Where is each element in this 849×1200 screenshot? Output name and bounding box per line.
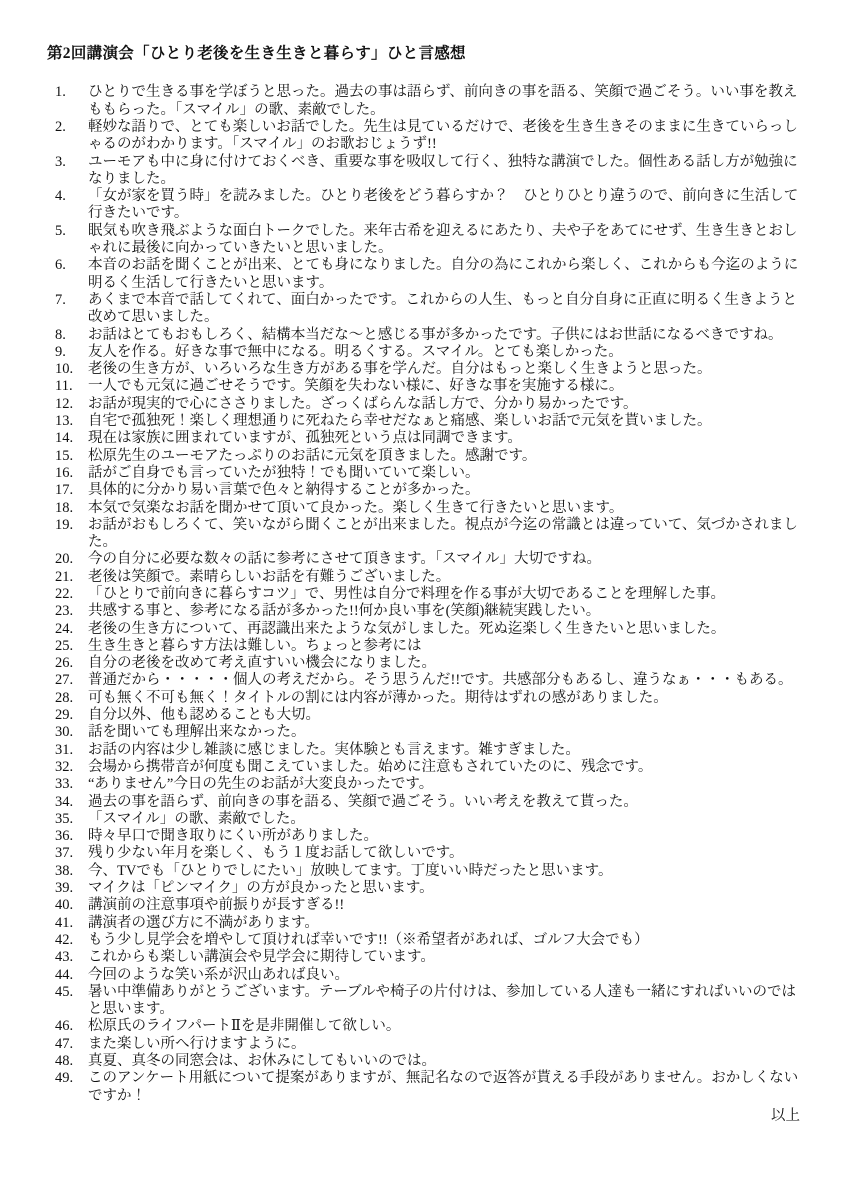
comment-number: 47. [55, 1036, 88, 1053]
comment-item: 30.話を聞いても理解出来なかった。 [47, 724, 810, 741]
comment-item: 39.マイクは「ピンマイク」の方が良かったと思います。 [47, 880, 810, 897]
comment-item: 17.具体的に分かり易い言葉で色々と納得することが多かった。 [47, 482, 810, 499]
comment-text: あくまで本音で話してくれて、面白かったです。これからの人生、もっと自分自身に正直… [88, 292, 810, 327]
comment-text: 過去の事を語らず、前向きの事を語る、笑顔で過ごそう。いい考えを教えて貰った。 [88, 794, 810, 811]
comment-number: 40. [55, 897, 88, 914]
comment-text: このアンケート用紙について提案がありますが、無記名なので返答が貰える手段がありま… [88, 1070, 810, 1105]
comment-text: 老後の生き方が、いろいろな生き方がある事を学んだ。自分はもっと楽しく生きようと思… [88, 361, 810, 378]
comment-number: 7. [55, 292, 88, 309]
comment-item: 1.ひとりで生きる事を学ぼうと思った。過去の事は語らず、前向きの事を語る、笑顔で… [47, 84, 810, 119]
comment-number: 41. [55, 915, 88, 932]
comment-item: 35.「スマイル」の歌、素敵でした。 [47, 811, 810, 828]
comment-item: 8.お話はとてもおもしろく、結構本当だな～と感じる事が多かったです。子供にはお世… [47, 327, 810, 344]
comment-item: 4.「女が家を買う時」を読みました。ひとり老後をどう暮らすか？ ひとりひとり違う… [47, 188, 810, 223]
comment-number: 27. [55, 672, 88, 689]
document-page: 第2回講演会「ひとり老後を生き生きと暮らす」ひと言感想 1.ひとりで生きる事を学… [0, 0, 849, 1200]
comment-item: 47.また楽しい所へ行けますように。 [47, 1036, 810, 1053]
comment-text: ひとりで生きる事を学ぼうと思った。過去の事は語らず、前向きの事を語る、笑顔で過ご… [88, 84, 810, 119]
comment-text: 友人を作る。好きな事で無中になる。明るくする。スマイル。とても楽しかった。 [88, 344, 810, 361]
comment-text: 今の自分に必要な数々の話に参考にさせて頂きます。「スマイル」大切ですね。 [88, 551, 810, 568]
comment-number: 28. [55, 690, 88, 707]
comment-number: 1. [55, 84, 88, 101]
comment-text: ユーモアも中に身に付けておくべき、重要な事を吸収して行く、独特な講演でした。個性… [88, 154, 810, 189]
comment-text: 時々早口で聞き取りにくい所がありました。 [88, 828, 810, 845]
comment-item: 41.講演者の選び方に不満があります。 [47, 915, 810, 932]
comment-number: 32. [55, 759, 88, 776]
comment-text: もう少し見学会を増やして頂ければ幸いです!!（※希望者があれば、ゴルフ大会でも） [88, 932, 810, 949]
comment-number: 8. [55, 327, 88, 344]
comment-number: 39. [55, 880, 88, 897]
comment-number: 9. [55, 344, 88, 361]
comment-number: 18. [55, 500, 88, 517]
comments-list: 1.ひとりで生きる事を学ぼうと思った。過去の事は語らず、前向きの事を語る、笑顔で… [47, 84, 810, 1105]
comment-number: 13. [55, 413, 88, 430]
comment-number: 38. [55, 863, 88, 880]
comment-item: 49.このアンケート用紙について提案がありますが、無記名なので返答が貰える手段が… [47, 1070, 810, 1105]
comment-item: 18.本気で気楽なお話を聞かせて頂いて良かった。楽しく生きて行きたいと思います。 [47, 500, 810, 517]
comment-text: 普通だから・・・・・個人の考えだから。そう思うんだ!!です。共感部分もあるし、違… [88, 672, 810, 689]
comment-item: 26.自分の老後を改めて考え直すいい機会になりました。 [47, 655, 810, 672]
comment-item: 40.講演前の注意事項や前振りが長すぎる!! [47, 897, 810, 914]
comment-number: 31. [55, 742, 88, 759]
comment-item: 27.普通だから・・・・・個人の考えだから。そう思うんだ!!です。共感部分もある… [47, 672, 810, 689]
comment-text: 自宅で孤独死！楽しく理想通りに死ねたら幸せだなぁと痛感、楽しいお話で元気を貰いま… [88, 413, 810, 430]
comment-text: 松原先生のユーモアたっぷりのお話に元気を頂きました。感謝です。 [88, 448, 810, 465]
comment-text: 一人でも元気に過ごせそうです。笑顔を失わない様に、好きな事を実施する様に。 [88, 378, 810, 395]
comment-item: 11.一人でも元気に過ごせそうです。笑顔を失わない様に、好きな事を実施する様に。 [47, 378, 810, 395]
comment-item: 29.自分以外、他も認めることも大切。 [47, 707, 810, 724]
comment-text: お話の内容は少し雑談に感じました。実体験とも言えます。雑すぎました。 [88, 742, 810, 759]
comment-number: 26. [55, 655, 88, 672]
comment-text: 「女が家を買う時」を読みました。ひとり老後をどう暮らすか？ ひとりひとり違うので… [88, 188, 810, 223]
comment-item: 46.松原氏のライフパートⅡを是非開催して欲しい。 [47, 1018, 810, 1035]
comment-number: 12. [55, 396, 88, 413]
comment-item: 23.共感する事と、参考になる話が多かった!!何か良い事を(笑顔)継続実践したい… [47, 603, 810, 620]
comment-text: 自分の老後を改めて考え直すいい機会になりました。 [88, 655, 810, 672]
comment-text: お話はとてもおもしろく、結構本当だな～と感じる事が多かったです。子供にはお世話に… [88, 327, 810, 344]
comment-item: 7.あくまで本音で話してくれて、面白かったです。これからの人生、もっと自分自身に… [47, 292, 810, 327]
comment-number: 4. [55, 188, 88, 205]
comment-item: 2.軽妙な語りで、とても楽しいお話でした。先生は見ているだけで、老後を生き生きそ… [47, 119, 810, 154]
comment-number: 33. [55, 776, 88, 793]
comment-number: 43. [55, 949, 88, 966]
comment-item: 6.本音のお話を聞くことが出来、とても身になりました。自分の為にこれから楽しく、… [47, 257, 810, 292]
comment-item: 34.過去の事を語らず、前向きの事を語る、笑顔で過ごそう。いい考えを教えて貰った… [47, 794, 810, 811]
comment-item: 22.「ひとりで前向きに暮らすコツ」で、男性は自分で料理を作る事が大切であること… [47, 586, 810, 603]
comment-number: 35. [55, 811, 88, 828]
comment-item: 10.老後の生き方が、いろいろな生き方がある事を学んだ。自分はもっと楽しく生きよ… [47, 361, 810, 378]
comment-number: 24. [55, 621, 88, 638]
comment-item: 5.眠気も吹き飛ぶような面白トークでした。来年古希を迎えるにあたり、夫や子をあて… [47, 223, 810, 258]
comment-item: 44.今回のような笑い系が沢山あれば良い。 [47, 967, 810, 984]
comment-item: 13.自宅で孤独死！楽しく理想通りに死ねたら幸せだなぁと痛感、楽しいお話で元気を… [47, 413, 810, 430]
comment-number: 45. [55, 984, 88, 1001]
comment-number: 23. [55, 603, 88, 620]
comment-number: 19. [55, 517, 88, 534]
comment-text: 今回のような笑い系が沢山あれば良い。 [88, 967, 810, 984]
comment-item: 3.ユーモアも中に身に付けておくべき、重要な事を吸収して行く、独特な講演でした。… [47, 154, 810, 189]
comment-number: 22. [55, 586, 88, 603]
comment-number: 36. [55, 828, 88, 845]
comment-item: 25.生き生きと暮らす方法は難しい。ちょっと参考には [47, 638, 810, 655]
comment-number: 42. [55, 932, 88, 949]
comment-item: 24.老後の生き方について、再認識出来たような気がしました。死ぬ迄楽しく生きたい… [47, 621, 810, 638]
comment-item: 36.時々早口で聞き取りにくい所がありました。 [47, 828, 810, 845]
comment-item: 20.今の自分に必要な数々の話に参考にさせて頂きます。「スマイル」大切ですね。 [47, 551, 810, 568]
comment-text: また楽しい所へ行けますように。 [88, 1036, 810, 1053]
comment-item: 28.可も無く不可も無く！タイトルの割には内容が薄かった。期待はずれの感がありま… [47, 690, 810, 707]
comment-item: 19.お話がおもしろくて、笑いながら聞くことが出来ました。視点が今迄の常識とは違… [47, 517, 810, 552]
page-title: 第2回講演会「ひとり老後を生き生きと暮らす」ひと言感想 [47, 44, 810, 63]
comment-text: お話が現実的で心にささりました。ざっくばらんな話し方で、分かり易かったです。 [88, 396, 810, 413]
comment-text: 残り少ない年月を楽しく、もう１度お話して欲しいです。 [88, 845, 810, 862]
comment-number: 20. [55, 551, 88, 568]
comment-number: 17. [55, 482, 88, 499]
comment-item: 32.会場から携帯音が何度も聞こえていました。始めに注意もされていたのに、残念で… [47, 759, 810, 776]
comment-number: 34. [55, 794, 88, 811]
comment-text: 具体的に分かり易い言葉で色々と納得することが多かった。 [88, 482, 810, 499]
comment-item: 15.松原先生のユーモアたっぷりのお話に元気を頂きました。感謝です。 [47, 448, 810, 465]
comment-number: 21. [55, 569, 88, 586]
comment-text: 眠気も吹き飛ぶような面白トークでした。来年古希を迎えるにあたり、夫や子をあてにせ… [88, 223, 810, 258]
comment-text: 本音のお話を聞くことが出来、とても身になりました。自分の為にこれから楽しく、これ… [88, 257, 810, 292]
comment-item: 43.これからも楽しい講演会や見学会に期待しています。 [47, 949, 810, 966]
comment-item: 9.友人を作る。好きな事で無中になる。明るくする。スマイル。とても楽しかった。 [47, 344, 810, 361]
comment-item: 12.お話が現実的で心にささりました。ざっくばらんな話し方で、分かり易かったです… [47, 396, 810, 413]
comment-number: 15. [55, 448, 88, 465]
comment-item: 37.残り少ない年月を楽しく、もう１度お話して欲しいです。 [47, 845, 810, 862]
comment-item: 14.現在は家族に囲まれていますが、孤独死という点は同調できます。 [47, 430, 810, 447]
comment-number: 30. [55, 724, 88, 741]
comment-text: 「ひとりで前向きに暮らすコツ」で、男性は自分で料理を作る事が大切であることを理解… [88, 586, 810, 603]
comment-text: 老後は笑顔で。素晴らしいお話を有難うございました。 [88, 569, 810, 586]
comment-number: 11. [55, 378, 88, 395]
comment-text: 真夏、真冬の同窓会は、お休みにしてもいいのでは。 [88, 1053, 810, 1070]
comment-item: 16.話がご自身でも言っていたが独特！でも聞いていて楽しい。 [47, 465, 810, 482]
comment-text: 共感する事と、参考になる話が多かった!!何か良い事を(笑顔)継続実践したい。 [88, 603, 810, 620]
comment-number: 29. [55, 707, 88, 724]
comment-text: 現在は家族に囲まれていますが、孤独死という点は同調できます。 [88, 430, 810, 447]
comment-text: 本気で気楽なお話を聞かせて頂いて良かった。楽しく生きて行きたいと思います。 [88, 500, 810, 517]
comment-text: 講演者の選び方に不満があります。 [88, 915, 810, 932]
comment-text: これからも楽しい講演会や見学会に期待しています。 [88, 949, 810, 966]
comment-text: 「スマイル」の歌、素敵でした。 [88, 811, 810, 828]
comment-number: 44. [55, 967, 88, 984]
comment-number: 37. [55, 845, 88, 862]
comment-item: 31.お話の内容は少し雑談に感じました。実体験とも言えます。雑すぎました。 [47, 742, 810, 759]
comment-text: 今、TVでも「ひとりでしにたい」放映してます。丁度いい時だったと思います。 [88, 863, 810, 880]
comment-item: 48.真夏、真冬の同窓会は、お休みにしてもいいのでは。 [47, 1053, 810, 1070]
comment-item: 21.老後は笑顔で。素晴らしいお話を有難うございました。 [47, 569, 810, 586]
comment-item: 42.もう少し見学会を増やして頂ければ幸いです!!（※希望者があれば、ゴルフ大会… [47, 932, 810, 949]
comment-text: 松原氏のライフパートⅡを是非開催して欲しい。 [88, 1018, 810, 1035]
comment-number: 25. [55, 638, 88, 655]
comment-text: 軽妙な語りで、とても楽しいお話でした。先生は見ているだけで、老後を生き生きそのま… [88, 119, 810, 154]
comment-number: 48. [55, 1053, 88, 1070]
comment-number: 5. [55, 223, 88, 240]
comment-number: 6. [55, 257, 88, 274]
comment-text: 会場から携帯音が何度も聞こえていました。始めに注意もされていたのに、残念です。 [88, 759, 810, 776]
comment-text: 話がご自身でも言っていたが独特！でも聞いていて楽しい。 [88, 465, 810, 482]
comment-text: お話がおもしろくて、笑いながら聞くことが出来ました。視点が今迄の常識とは違ってい… [88, 517, 810, 552]
comment-number: 49. [55, 1070, 88, 1087]
comment-number: 3. [55, 154, 88, 171]
comment-text: 自分以外、他も認めることも大切。 [88, 707, 810, 724]
comment-text: 講演前の注意事項や前振りが長すぎる!! [88, 897, 810, 914]
comment-number: 16. [55, 465, 88, 482]
comment-text: 話を聞いても理解出来なかった。 [88, 724, 810, 741]
comment-item: 45.暑い中準備ありがとうございます。テーブルや椅子の片付けは、参加している人達… [47, 984, 810, 1019]
comment-number: 10. [55, 361, 88, 378]
comment-number: 14. [55, 430, 88, 447]
comment-item: 33.“ありません”今日の先生のお話が大変良かったです。 [47, 776, 810, 793]
comment-text: 可も無く不可も無く！タイトルの割には内容が薄かった。期待はずれの感がありました。 [88, 690, 810, 707]
closing-text: 以上 [47, 1108, 810, 1125]
comment-text: マイクは「ピンマイク」の方が良かったと思います。 [88, 880, 810, 897]
comment-item: 38.今、TVでも「ひとりでしにたい」放映してます。丁度いい時だったと思います。 [47, 863, 810, 880]
comment-number: 46. [55, 1018, 88, 1035]
comment-text: 暑い中準備ありがとうございます。テーブルや椅子の片付けは、参加している人達も一緒… [88, 984, 810, 1019]
comment-text: 老後の生き方について、再認識出来たような気がしました。死ぬ迄楽しく生きたいと思い… [88, 621, 810, 638]
comment-number: 2. [55, 119, 88, 136]
comment-text: 生き生きと暮らす方法は難しい。ちょっと参考には [88, 638, 810, 655]
comment-text: “ありません”今日の先生のお話が大変良かったです。 [88, 776, 810, 793]
